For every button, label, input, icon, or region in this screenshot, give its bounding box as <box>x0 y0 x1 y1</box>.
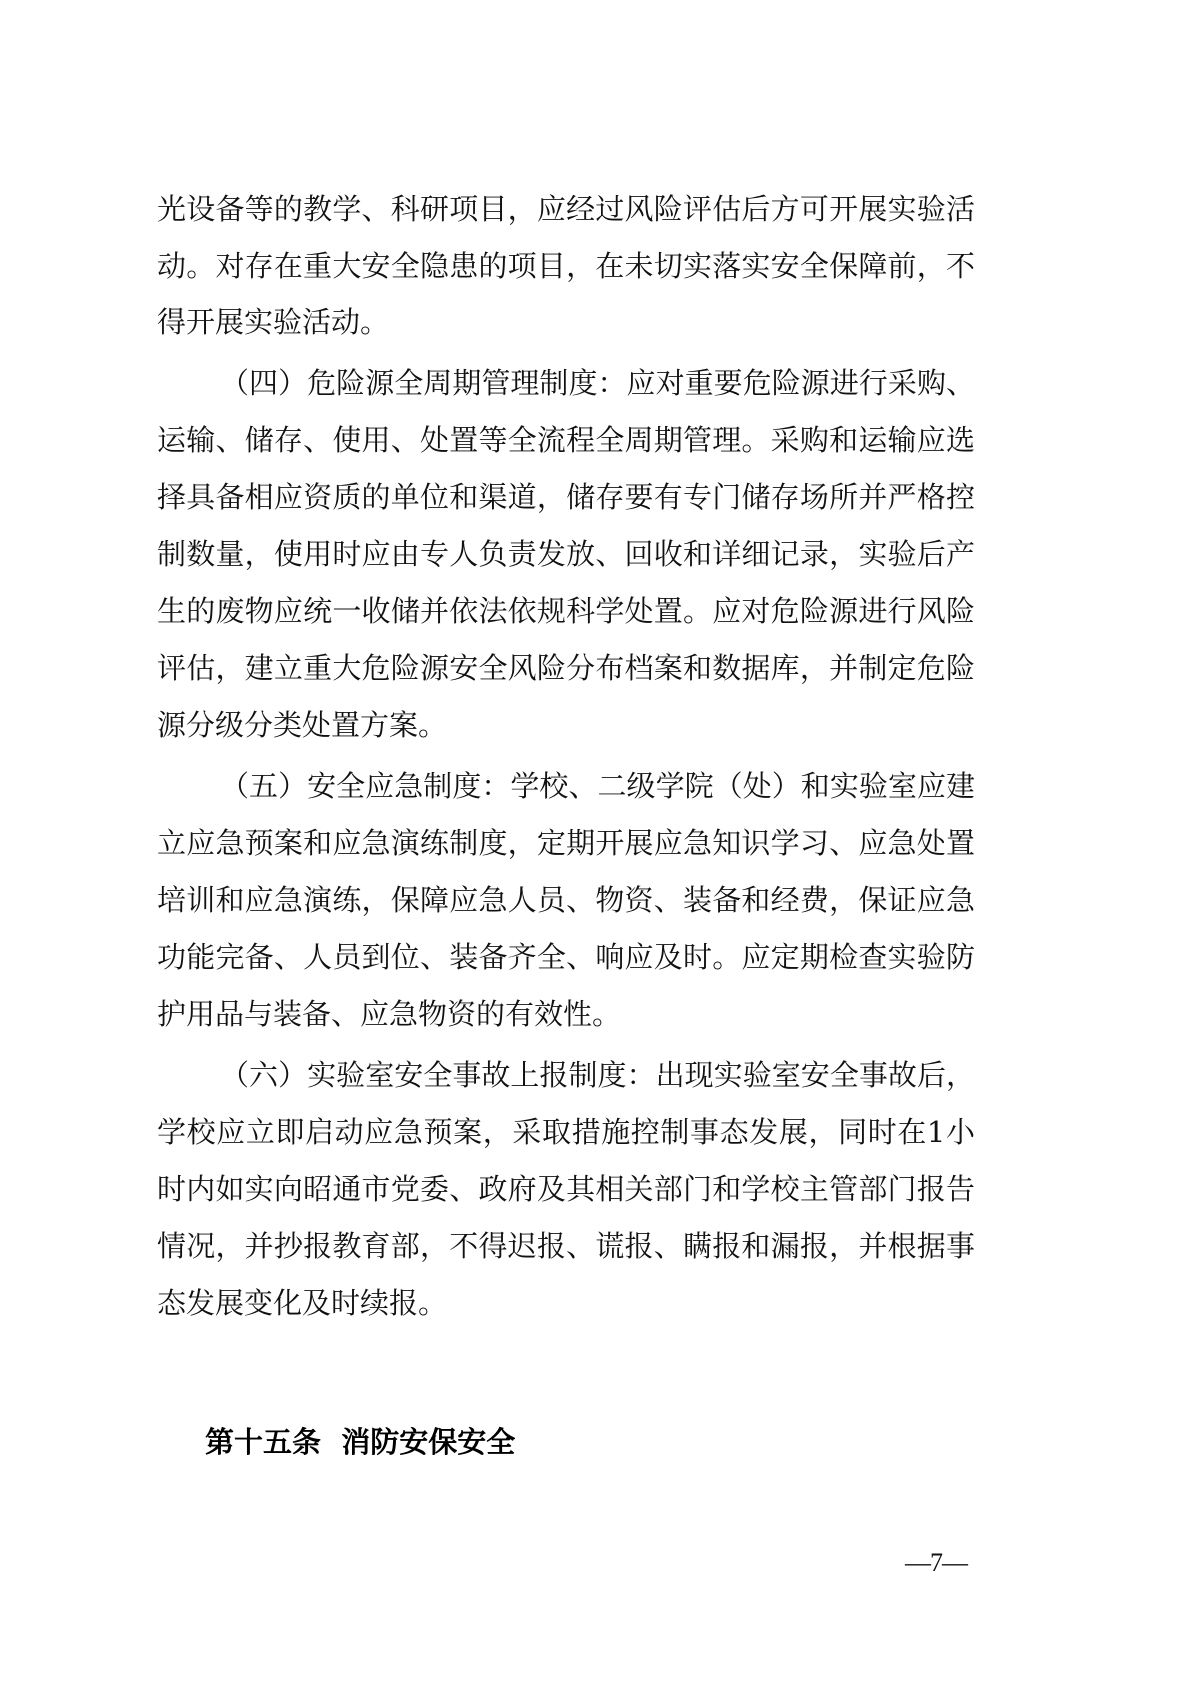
article-heading: 第十五条 消防安保安全 <box>205 1422 515 1462</box>
section-four-start: （四）危险源全周期管理制度：应对重要危险源进行采购、 <box>220 363 975 403</box>
body-line: 光设备等的教学、科研项目，应经过风险评估后方可开展实验活 <box>157 189 975 229</box>
body-line: 态发展变化及时续报。 <box>157 1283 975 1323</box>
section-six-start: （六）实验室安全事故上报制度：出现实验室安全事故后， <box>220 1055 975 1095</box>
section-five-start: （五）安全应急制度：学校、二级学院（处）和实验室应建 <box>220 766 975 806</box>
document-page: 光设备等的教学、科研项目，应经过风险评估后方可开展实验活 动。对存在重大安全隐患… <box>0 0 1191 1684</box>
body-line: 功能完备、人员到位、装备齐全、响应及时。应定期检查实验防 <box>157 937 975 977</box>
page-number: —7— <box>905 1548 967 1578</box>
body-line: 运输、储存、使用、处置等全流程全周期管理。采购和运输应选 <box>157 420 975 460</box>
body-line: 护用品与装备、应急物资的有效性。 <box>157 994 975 1034</box>
body-line: 动。对存在重大安全隐患的项目，在未切实落实安全保障前，不 <box>157 246 975 286</box>
body-line: 制数量，使用时应由专人负责发放、回收和详细记录，实验后产 <box>157 534 975 574</box>
body-line: 择具备相应资质的单位和渠道，储存要有专门储存场所并严格控 <box>157 477 975 517</box>
body-line: 评估，建立重大危险源安全风险分布档案和数据库，并制定危险 <box>157 648 975 688</box>
body-line: 立应急预案和应急演练制度，定期开展应急知识学习、应急处置 <box>157 823 975 863</box>
body-line: 源分级分类处置方案。 <box>157 705 975 745</box>
body-line: 得开展实验活动。 <box>157 302 975 342</box>
body-line: 时内如实向昭通市党委、政府及其相关部门和学校主管部门报告 <box>157 1169 975 1209</box>
body-line: 培训和应急演练，保障应急人员、物资、装备和经费，保证应急 <box>157 880 975 920</box>
body-line: 情况，并抄报教育部，不得迟报、谎报、瞒报和漏报，并根据事 <box>157 1226 975 1266</box>
body-line: 生的废物应统一收储并依法依规科学处置。应对危险源进行风险 <box>157 591 975 631</box>
body-line: 学校应立即启动应急预案，采取措施控制事态发展，同时在1小 <box>157 1112 975 1152</box>
